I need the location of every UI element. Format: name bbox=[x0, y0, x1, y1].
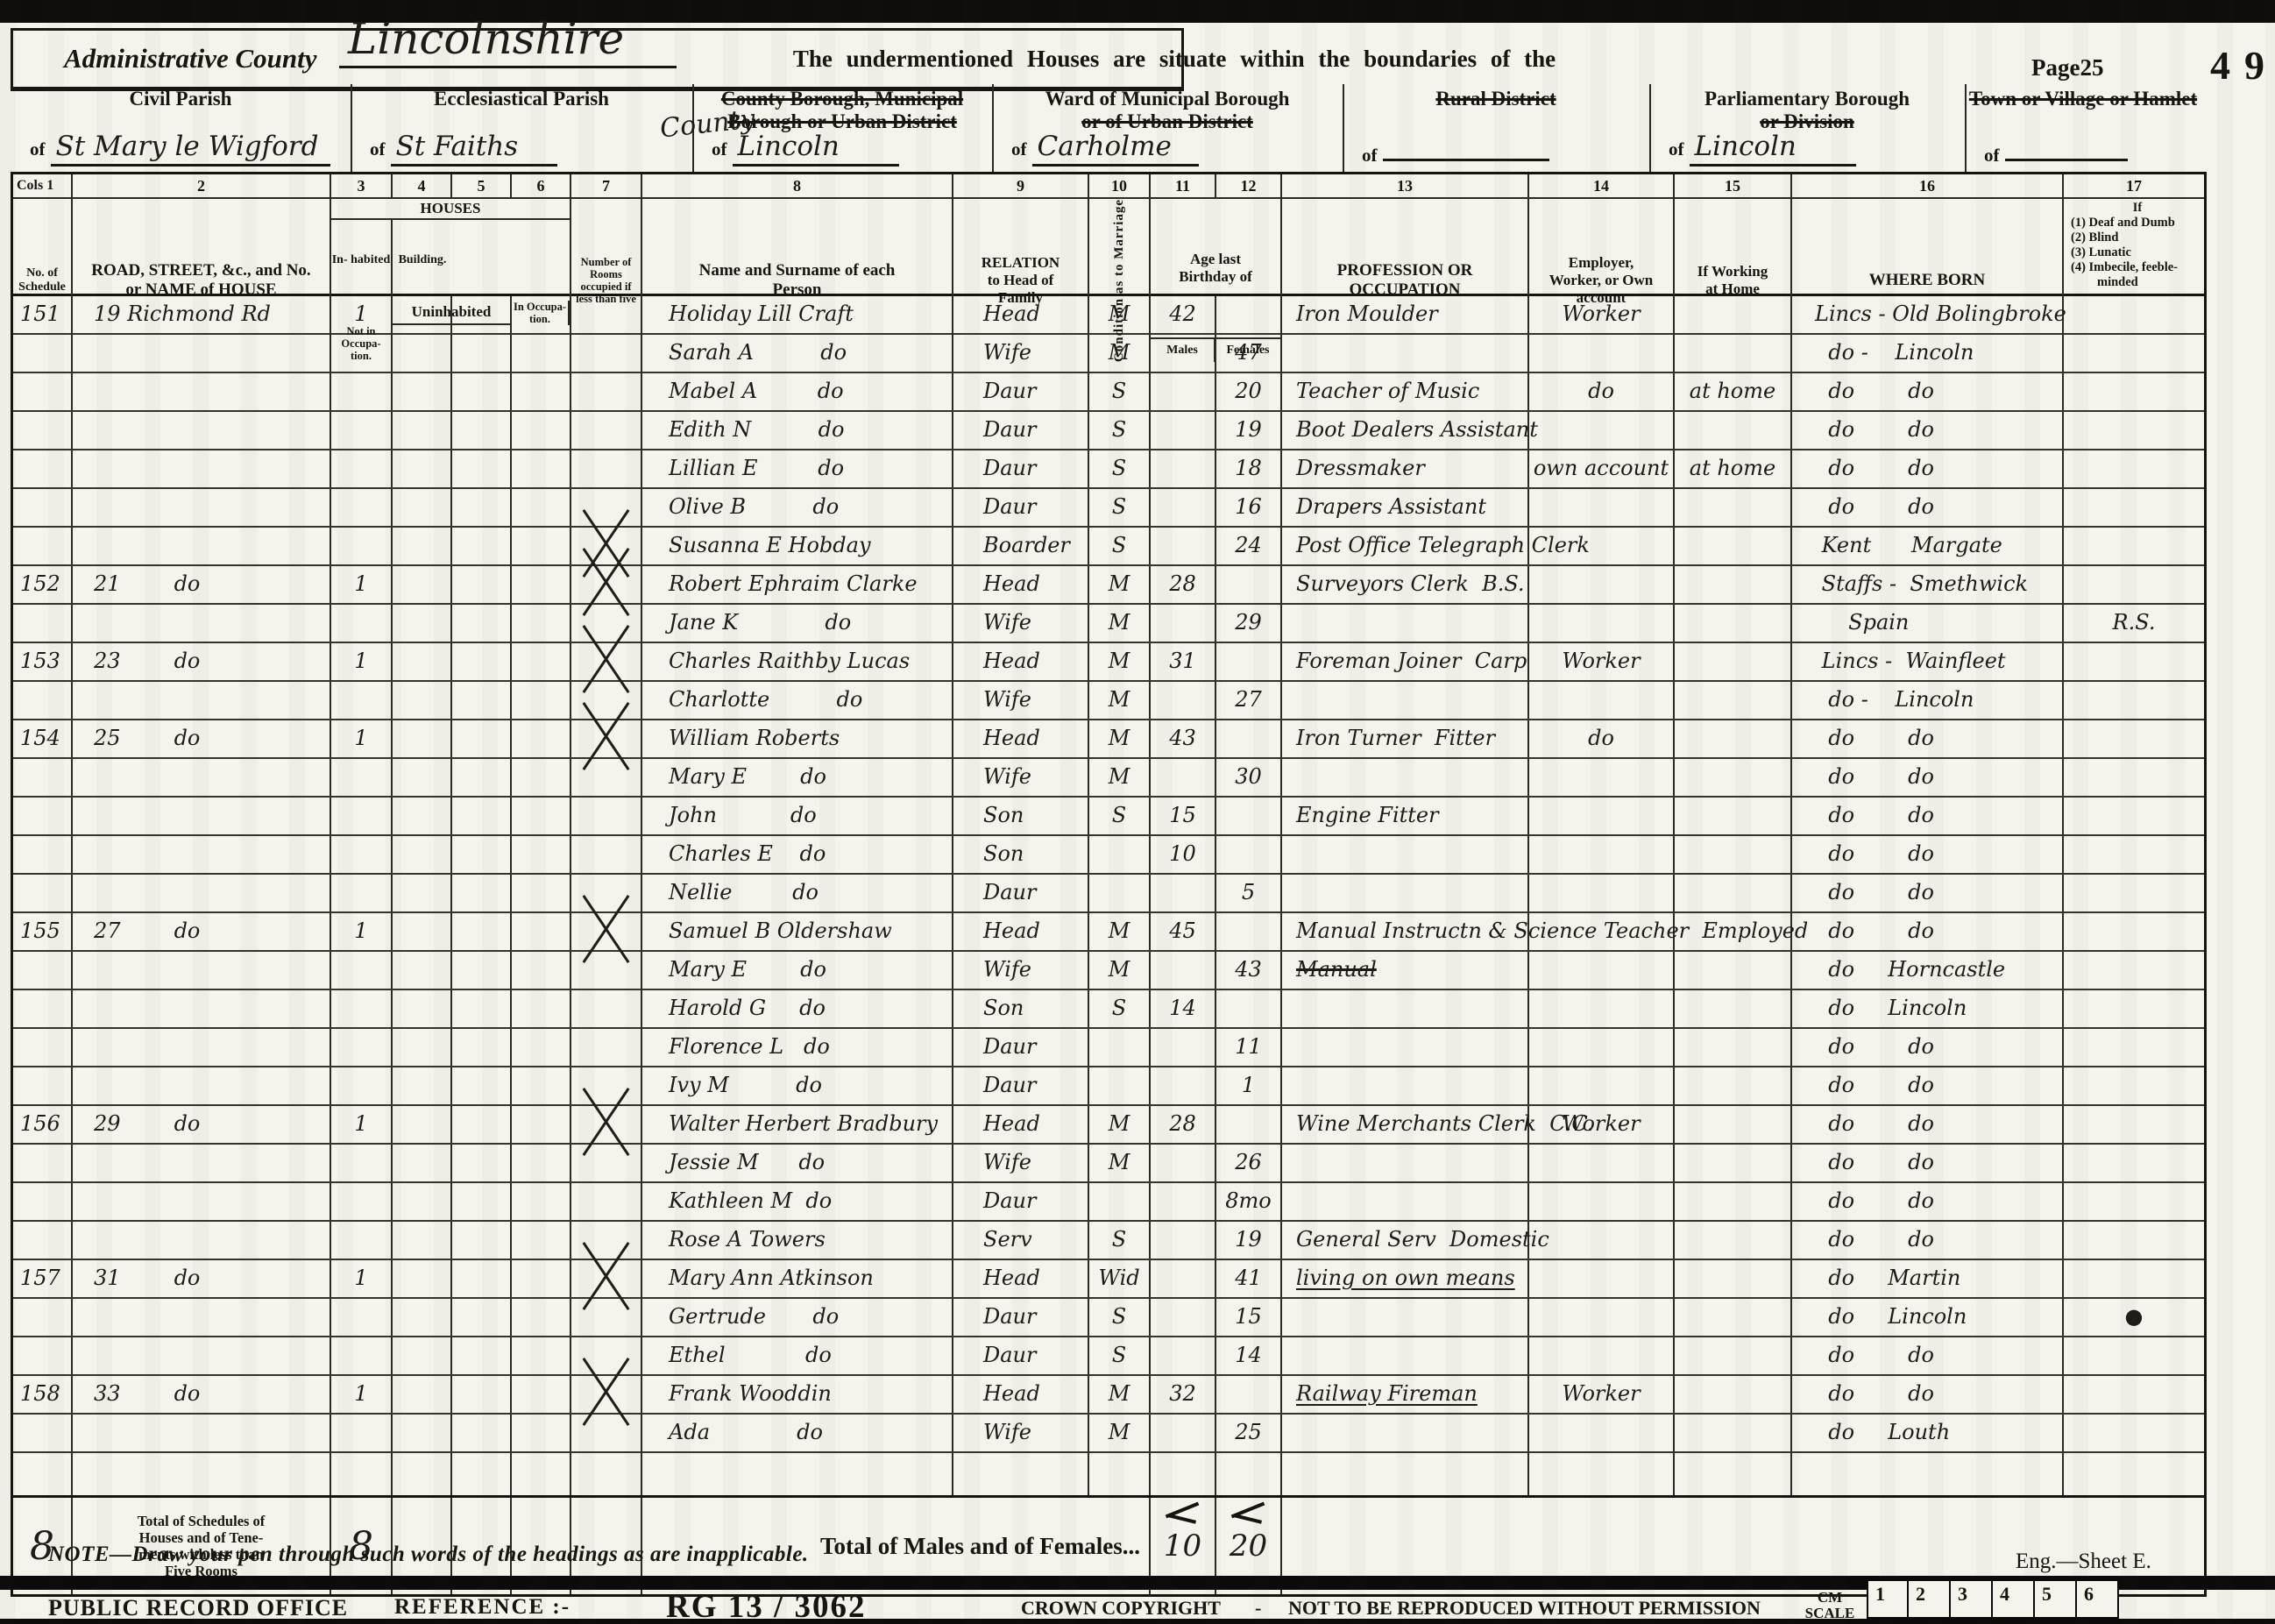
cell-inhabited: 1 bbox=[331, 566, 393, 603]
cell-occupation bbox=[1282, 836, 1529, 873]
cell-rooms bbox=[571, 1145, 642, 1181]
cell-building bbox=[512, 836, 571, 873]
cell-employer: do bbox=[1529, 373, 1675, 410]
cell-infirmity bbox=[2064, 1145, 2204, 1181]
cell-age-male bbox=[1151, 373, 1216, 410]
cell-building bbox=[512, 1299, 571, 1336]
cell-occupation: Engine Fitter bbox=[1282, 798, 1529, 834]
cell-working-at-home bbox=[1675, 1415, 1792, 1451]
cell-infirmity bbox=[2064, 1067, 2204, 1104]
cell-inhabited bbox=[331, 1415, 393, 1451]
cell-condition: S bbox=[1089, 990, 1151, 1027]
cell-name: Ada do bbox=[642, 1415, 953, 1451]
cell-where-born: do do bbox=[1792, 1376, 2064, 1413]
cell-not-in-occupation bbox=[452, 1415, 512, 1451]
cell-in-occupation bbox=[393, 528, 452, 564]
cell-inhabited bbox=[331, 528, 393, 564]
cell-where-born: do do bbox=[1792, 1222, 2064, 1259]
cell-employer bbox=[1529, 798, 1675, 834]
cell-age-female bbox=[1216, 296, 1282, 333]
cell-road bbox=[73, 875, 331, 911]
cell-schedule-number bbox=[13, 489, 73, 526]
cell-infirmity bbox=[2064, 875, 2204, 911]
cell-age-female: 43 bbox=[1216, 952, 1282, 989]
cell-occupation: Iron Turner Fitter bbox=[1282, 720, 1529, 757]
cell-in-occupation bbox=[393, 450, 452, 487]
cell-road bbox=[73, 1029, 331, 1066]
cell-road: 33 do bbox=[73, 1376, 331, 1413]
cell-infirmity bbox=[2064, 759, 2204, 796]
cell-condition: Wid bbox=[1089, 1260, 1151, 1297]
cell-age-female bbox=[1216, 798, 1282, 834]
cell-name: Samuel B Oldershaw bbox=[642, 913, 953, 950]
cell-occupation: Boot Dealers Assistant bbox=[1282, 412, 1529, 449]
cell-schedule-number bbox=[13, 1145, 73, 1181]
cell-name: Charles E do bbox=[642, 836, 953, 873]
cell-name: Rose A Towers bbox=[642, 1222, 953, 1259]
cell-condition bbox=[1089, 1067, 1151, 1104]
cell-name: Ivy M do bbox=[642, 1067, 953, 1104]
cell-condition: S bbox=[1089, 1337, 1151, 1374]
cell-age-male: 43 bbox=[1151, 720, 1216, 757]
cell-rooms bbox=[571, 643, 642, 680]
cell-not-in-occupation bbox=[452, 489, 512, 526]
cell-inhabited bbox=[331, 450, 393, 487]
cell-building bbox=[512, 759, 571, 796]
cell-rooms bbox=[571, 1299, 642, 1336]
crown-copyright-label: CROWN COPYRIGHT bbox=[1021, 1597, 1221, 1620]
cell-age-female bbox=[1216, 836, 1282, 873]
cell-relation: Daur bbox=[953, 1183, 1089, 1220]
town-village-section: Town or Village or Hamlet of bbox=[1965, 84, 2201, 172]
cell-rooms bbox=[571, 759, 642, 796]
cell-road: 23 do bbox=[73, 643, 331, 680]
cell-age-male: 31 bbox=[1151, 643, 1216, 680]
cell-building bbox=[512, 1067, 571, 1104]
cell-working-at-home bbox=[1675, 1376, 1792, 1413]
cell-in-occupation bbox=[393, 952, 452, 989]
cell-employer bbox=[1529, 1260, 1675, 1297]
cell-occupation: Post Office Telegraph Clerk bbox=[1282, 528, 1529, 564]
cell-employer bbox=[1529, 1222, 1675, 1259]
cell-building bbox=[512, 798, 571, 834]
cell-schedule-number: 156 bbox=[13, 1106, 73, 1143]
cell-where-born: Staffs - Smethwick bbox=[1792, 566, 2064, 603]
cell-rooms bbox=[571, 605, 642, 642]
census-row: 154 25 do 1 William Roberts Head M 43 Ir… bbox=[13, 720, 2204, 759]
cell-in-occupation bbox=[393, 335, 452, 372]
cell-name: Sarah A do bbox=[642, 335, 953, 372]
census-row: Florence L do Daur 11 do do bbox=[13, 1029, 2204, 1067]
cell-where-born: do do bbox=[1792, 1145, 2064, 1181]
cell-not-in-occupation bbox=[452, 643, 512, 680]
cell-employer bbox=[1529, 335, 1675, 372]
cell-age-male bbox=[1151, 1299, 1216, 1336]
cell-condition bbox=[1089, 875, 1151, 911]
county-borough-value: Lincoln bbox=[733, 131, 899, 167]
cell-road: 27 do bbox=[73, 913, 331, 950]
cell-age-female: 29 bbox=[1216, 605, 1282, 642]
scan-bottom-edge bbox=[0, 1619, 2275, 1624]
cell-building bbox=[512, 643, 571, 680]
cell-name: Charlotte do bbox=[642, 682, 953, 719]
cell-working-at-home bbox=[1675, 1222, 1792, 1259]
cell-in-occupation bbox=[393, 1183, 452, 1220]
cell-rooms bbox=[571, 682, 642, 719]
cell-working-at-home bbox=[1675, 1067, 1792, 1104]
cell-road bbox=[73, 759, 331, 796]
column-number-row: Cols 1 2 3 4 5 6 7 8 9 10 11 12 13 14 15… bbox=[13, 174, 2204, 199]
cell-employer bbox=[1529, 605, 1675, 642]
cell-working-at-home bbox=[1675, 296, 1792, 333]
cell-not-in-occupation bbox=[452, 798, 512, 834]
cell-employer bbox=[1529, 1337, 1675, 1374]
cell-in-occupation bbox=[393, 296, 452, 333]
cell-building bbox=[512, 605, 571, 642]
cell-infirmity bbox=[2064, 836, 2204, 873]
cell-condition: M bbox=[1089, 682, 1151, 719]
cell-schedule-number bbox=[13, 1299, 73, 1336]
cell-relation: Son bbox=[953, 836, 1089, 873]
cell-condition: M bbox=[1089, 605, 1151, 642]
cell-employer bbox=[1529, 1299, 1675, 1336]
cell-in-occupation bbox=[393, 373, 452, 410]
cell-infirmity bbox=[2064, 450, 2204, 487]
cell-relation: Daur bbox=[953, 875, 1089, 911]
cell-relation: Boarder bbox=[953, 528, 1089, 564]
cell-rooms bbox=[571, 566, 642, 603]
cell-schedule-number bbox=[13, 528, 73, 564]
cell-not-in-occupation bbox=[452, 412, 512, 449]
cell-employer bbox=[1529, 1067, 1675, 1104]
cell-condition: S bbox=[1089, 489, 1151, 526]
cell-in-occupation bbox=[393, 720, 452, 757]
cell-condition: M bbox=[1089, 952, 1151, 989]
page-label: Page bbox=[2031, 54, 2080, 81]
cell-schedule-number bbox=[13, 682, 73, 719]
cell-relation: Son bbox=[953, 798, 1089, 834]
cell-where-born: do do bbox=[1792, 1029, 2064, 1066]
census-row: Ethel do Daur S 14 do do bbox=[13, 1337, 2204, 1376]
cell-condition: M bbox=[1089, 1106, 1151, 1143]
cell-inhabited bbox=[331, 1029, 393, 1066]
cell-in-occupation bbox=[393, 643, 452, 680]
cell-age-female bbox=[1216, 720, 1282, 757]
cell-age-female: 19 bbox=[1216, 412, 1282, 449]
cell-in-occupation bbox=[393, 836, 452, 873]
cell-condition: M bbox=[1089, 720, 1151, 757]
cell-in-occupation bbox=[393, 1299, 452, 1336]
cell-employer bbox=[1529, 682, 1675, 719]
census-row: 158 33 do 1 Frank Wooddin Head M 32 Rail… bbox=[13, 1376, 2204, 1415]
cell-infirmity bbox=[2064, 1222, 2204, 1259]
cell-inhabited bbox=[331, 412, 393, 449]
cell-not-in-occupation bbox=[452, 875, 512, 911]
cell-rooms bbox=[571, 1222, 642, 1259]
cell-age-female: 25 bbox=[1216, 1415, 1282, 1451]
cell-working-at-home bbox=[1675, 335, 1792, 372]
cell-name: Mabel A do bbox=[642, 373, 953, 410]
cell-road: 29 do bbox=[73, 1106, 331, 1143]
cell-road bbox=[73, 682, 331, 719]
cell-age-male bbox=[1151, 1260, 1216, 1297]
cell-infirmity bbox=[2064, 682, 2204, 719]
pro-footer: PUBLIC RECORD OFFICE REFERENCE :- RG 13 … bbox=[0, 1588, 2275, 1619]
cell-schedule-number bbox=[13, 1067, 73, 1104]
census-row: 157 31 do 1 Mary Ann Atkinson Head Wid 4… bbox=[13, 1260, 2204, 1299]
cell-condition bbox=[1089, 1029, 1151, 1066]
cell-relation: Head bbox=[953, 643, 1089, 680]
ward-label: Ward of Municipal Borough or of Urban Di… bbox=[992, 88, 1343, 133]
cell-age-female bbox=[1216, 913, 1282, 950]
cell-inhabited: 1 bbox=[331, 1260, 393, 1297]
cell-schedule-number bbox=[13, 335, 73, 372]
cell-age-male bbox=[1151, 682, 1216, 719]
ecclesiastical-parish-section: Ecclesiastical Parish ofSt Faiths County bbox=[351, 84, 694, 172]
cell-not-in-occupation bbox=[452, 335, 512, 372]
cell-inhabited bbox=[331, 335, 393, 372]
cell-schedule-number bbox=[13, 1183, 73, 1220]
cell-name: Florence L do bbox=[642, 1029, 953, 1066]
cell-not-in-occupation bbox=[452, 836, 512, 873]
census-row: Sarah A do Wife M 47 do - Lincoln bbox=[13, 335, 2204, 373]
parliamentary-borough-section: Parliamentary Borough or Division ofLinc… bbox=[1649, 84, 1967, 172]
cell-occupation bbox=[1282, 682, 1529, 719]
cell-schedule-number bbox=[13, 1029, 73, 1066]
cell-building bbox=[512, 566, 571, 603]
cell-not-in-occupation bbox=[452, 1260, 512, 1297]
cell-where-born: do do bbox=[1792, 373, 2064, 410]
census-row: Olive B do Daur S 16 Drapers Assistant d… bbox=[13, 489, 2204, 528]
cell-in-occupation bbox=[393, 412, 452, 449]
cell-occupation: Drapers Assistant bbox=[1282, 489, 1529, 526]
cell-working-at-home bbox=[1675, 720, 1792, 757]
cell-building bbox=[512, 412, 571, 449]
cell-employer bbox=[1529, 990, 1675, 1027]
cell-occupation: Manual bbox=[1282, 952, 1529, 989]
cell-occupation: Manual Instructn & Science Teacher Emplo… bbox=[1282, 913, 1529, 950]
cell-inhabited: 1 bbox=[331, 1376, 393, 1413]
census-row: Mabel A do Daur S 20 Teacher of Music do… bbox=[13, 373, 2204, 412]
folio-number: 49 bbox=[2210, 42, 2275, 89]
census-row: Harold G do Son S 14 do Lincoln bbox=[13, 990, 2204, 1029]
cell-relation: Head bbox=[953, 1106, 1089, 1143]
cell-not-in-occupation bbox=[452, 913, 512, 950]
cell-age-male: 45 bbox=[1151, 913, 1216, 950]
cell-working-at-home bbox=[1675, 952, 1792, 989]
cell-where-born: Lincs - Wainfleet bbox=[1792, 643, 2064, 680]
cell-where-born: do do bbox=[1792, 450, 2064, 487]
cell-not-in-occupation bbox=[452, 528, 512, 564]
cell-age-male bbox=[1151, 412, 1216, 449]
cell-name: Kathleen M do bbox=[642, 1183, 953, 1220]
cell-condition: S bbox=[1089, 1222, 1151, 1259]
cell-employer: Worker bbox=[1529, 643, 1675, 680]
cell-occupation: Teacher of Music bbox=[1282, 373, 1529, 410]
cell-schedule-number: 154 bbox=[13, 720, 73, 757]
cell-in-occupation bbox=[393, 489, 452, 526]
cell-relation: Head bbox=[953, 1376, 1089, 1413]
cell-name: Edith N do bbox=[642, 412, 953, 449]
cell-working-at-home bbox=[1675, 643, 1792, 680]
cell-name: William Roberts bbox=[642, 720, 953, 757]
census-row: Lillian E do Daur S 18 Dressmaker own ac… bbox=[13, 450, 2204, 489]
cell-age-female: 8mo bbox=[1216, 1183, 1282, 1220]
cell-rooms bbox=[571, 296, 642, 333]
cell-working-at-home bbox=[1675, 605, 1792, 642]
cell-age-female: 27 bbox=[1216, 682, 1282, 719]
cell-working-at-home bbox=[1675, 1029, 1792, 1066]
cell-working-at-home bbox=[1675, 1106, 1792, 1143]
cell-working-at-home bbox=[1675, 528, 1792, 564]
cell-occupation: Dressmaker bbox=[1282, 450, 1529, 487]
cell-inhabited bbox=[331, 798, 393, 834]
cell-schedule-number bbox=[13, 412, 73, 449]
cell-occupation bbox=[1282, 605, 1529, 642]
cell-schedule-number bbox=[13, 759, 73, 796]
cell-where-born: do do bbox=[1792, 759, 2064, 796]
cell-relation: Wife bbox=[953, 1415, 1089, 1451]
reference-label: REFERENCE :- bbox=[394, 1595, 571, 1620]
cell-where-born: do do bbox=[1792, 1106, 2064, 1143]
cell-rooms bbox=[571, 1260, 642, 1297]
cell-where-born: Spain bbox=[1792, 605, 2064, 642]
cm-scale-ruler: 1 2 3 4 5 6 bbox=[1867, 1579, 2119, 1619]
cell-relation: Daur bbox=[953, 1029, 1089, 1066]
cell-relation: Daur bbox=[953, 1067, 1089, 1104]
cell-infirmity bbox=[2064, 1260, 2204, 1297]
column-header-row: No. of Schedule ROAD, STREET, &c., and N… bbox=[13, 199, 2204, 296]
ecclesiastical-parish-label: Ecclesiastical Parish bbox=[351, 88, 692, 110]
cell-where-born: do do bbox=[1792, 798, 2064, 834]
cell-building bbox=[512, 335, 571, 372]
cell-condition: M bbox=[1089, 913, 1151, 950]
cell-age-female: 1 bbox=[1216, 1067, 1282, 1104]
cell-in-occupation bbox=[393, 875, 452, 911]
cell-name: Harold G do bbox=[642, 990, 953, 1027]
cell-employer bbox=[1529, 1183, 1675, 1220]
cell-not-in-occupation bbox=[452, 296, 512, 333]
cell-road bbox=[73, 489, 331, 526]
cell-name: Mary E do bbox=[642, 952, 953, 989]
cell-road: 19 Richmond Rd bbox=[73, 296, 331, 333]
cell-employer bbox=[1529, 489, 1675, 526]
cell-working-at-home bbox=[1675, 798, 1792, 834]
cell-schedule-number bbox=[13, 798, 73, 834]
cell-rooms bbox=[571, 1415, 642, 1451]
cell-schedule-number bbox=[13, 1337, 73, 1374]
cell-in-occupation bbox=[393, 566, 452, 603]
cell-employer bbox=[1529, 952, 1675, 989]
cell-relation: Head bbox=[953, 296, 1089, 333]
cell-where-born: do Lincoln bbox=[1792, 990, 2064, 1027]
cell-inhabited: 1 bbox=[331, 643, 393, 680]
cell-inhabited: 1 bbox=[331, 296, 393, 333]
cell-name: Frank Wooddin bbox=[642, 1376, 953, 1413]
census-row: Charles E do Son 10 do do bbox=[13, 836, 2204, 875]
cell-inhabited bbox=[331, 373, 393, 410]
cell-working-at-home: at home bbox=[1675, 373, 1792, 410]
admin-county-label: Administrative County bbox=[64, 43, 317, 74]
cell-working-at-home bbox=[1675, 759, 1792, 796]
cell-not-in-occupation bbox=[452, 1067, 512, 1104]
cell-not-in-occupation bbox=[452, 759, 512, 796]
cell-in-occupation bbox=[393, 798, 452, 834]
cell-in-occupation bbox=[393, 605, 452, 642]
cell-road bbox=[73, 1415, 331, 1451]
census-row: Ivy M do Daur 1 do do bbox=[13, 1067, 2204, 1106]
cell-rooms bbox=[571, 798, 642, 834]
cell-rooms bbox=[571, 952, 642, 989]
cell-road bbox=[73, 528, 331, 564]
cell-occupation: living on own means bbox=[1282, 1260, 1529, 1297]
cell-not-in-occupation bbox=[452, 682, 512, 719]
cell-building bbox=[512, 1376, 571, 1413]
cell-working-at-home bbox=[1675, 489, 1792, 526]
cell-name: Lillian E do bbox=[642, 450, 953, 487]
ward-section: Ward of Municipal Borough or of Urban Di… bbox=[992, 84, 1344, 172]
cell-where-born: do - Lincoln bbox=[1792, 335, 2064, 372]
cell-name: Holiday Lill Craft bbox=[642, 296, 953, 333]
cell-road bbox=[73, 990, 331, 1027]
cell-not-in-occupation bbox=[452, 1337, 512, 1374]
cell-employer bbox=[1529, 566, 1675, 603]
cell-not-in-occupation bbox=[452, 605, 512, 642]
cell-rooms bbox=[571, 412, 642, 449]
cell-building bbox=[512, 1260, 571, 1297]
rural-district-value bbox=[1383, 157, 1549, 161]
census-row: Jane K do Wife M 29 Spain R.S. bbox=[13, 605, 2204, 643]
cell-in-occupation bbox=[393, 913, 452, 950]
cell-inhabited bbox=[331, 1337, 393, 1374]
cell-age-male bbox=[1151, 875, 1216, 911]
cell-age-female: 18 bbox=[1216, 450, 1282, 487]
cell-in-occupation bbox=[393, 1106, 452, 1143]
cell-age-male bbox=[1151, 1183, 1216, 1220]
cell-building bbox=[512, 952, 571, 989]
cell-occupation: Wine Merchants Clerk C.C. bbox=[1282, 1106, 1529, 1143]
cell-working-at-home bbox=[1675, 566, 1792, 603]
cell-occupation bbox=[1282, 1067, 1529, 1104]
cell-building bbox=[512, 528, 571, 564]
cell-age-female: 15 bbox=[1216, 1299, 1282, 1336]
cell-occupation bbox=[1282, 1415, 1529, 1451]
parliamentary-borough-value: Lincoln bbox=[1690, 131, 1856, 167]
cell-in-occupation bbox=[393, 1415, 452, 1451]
cell-infirmity bbox=[2064, 990, 2204, 1027]
cell-age-female: 20 bbox=[1216, 373, 1282, 410]
cell-infirmity bbox=[2064, 528, 2204, 564]
cell-inhabited bbox=[331, 605, 393, 642]
cell-schedule-number bbox=[13, 1222, 73, 1259]
cell-infirmity bbox=[2064, 720, 2204, 757]
cell-relation: Wife bbox=[953, 682, 1089, 719]
cell-age-female: 11 bbox=[1216, 1029, 1282, 1066]
cell-rooms bbox=[571, 1376, 642, 1413]
cell-where-born: do do bbox=[1792, 875, 2064, 911]
cell-rooms bbox=[571, 1067, 642, 1104]
cell-where-born: do do bbox=[1792, 836, 2064, 873]
cell-building bbox=[512, 1183, 571, 1220]
cell-employer bbox=[1529, 1029, 1675, 1066]
cell-condition: S bbox=[1089, 798, 1151, 834]
census-row: Rose A Towers Serv S 19 General Serv Dom… bbox=[13, 1222, 2204, 1260]
cell-relation: Head bbox=[953, 566, 1089, 603]
cell-relation: Son bbox=[953, 990, 1089, 1027]
cell-relation: Daur bbox=[953, 373, 1089, 410]
blank-row bbox=[13, 1453, 2204, 1498]
cell-occupation: Railway Fireman bbox=[1282, 1376, 1529, 1413]
